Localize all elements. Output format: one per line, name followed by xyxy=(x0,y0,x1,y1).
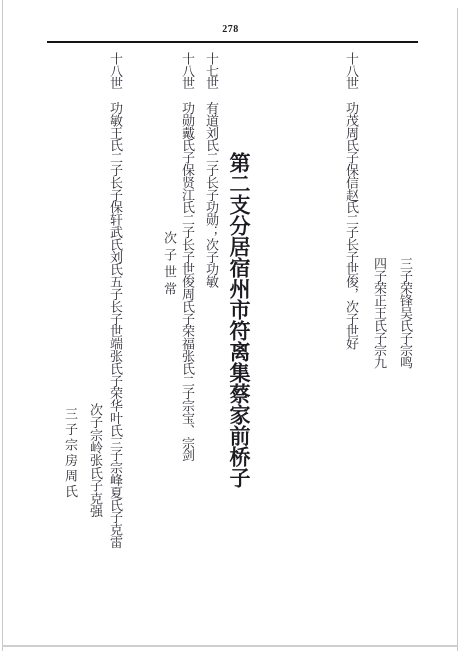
entry-third-son-rongfeng: 三子荣锋吴氏子宗鸣 xyxy=(396,257,415,369)
scan-edge-right xyxy=(457,8,458,651)
scan-edge-bottom xyxy=(2,645,458,647)
entry-gen17-youdao: 十七世 有道刘氏二子长子功勋；次子功敏 xyxy=(202,52,221,288)
page-number: 278 xyxy=(0,24,461,35)
entry-gen18-gongmao: 十八世 功茂周氏子保信赵氏二子长子世俊，次子世好 xyxy=(342,52,361,350)
entry-fourth-son-rongzheng: 四子荣正王氏子宗九 xyxy=(370,257,389,369)
section-title: 第二支分居宿州市符离集蔡家前桥子 xyxy=(224,152,254,488)
entry-third-son-zongfang: 三子宗房周氏 xyxy=(61,407,80,500)
header-rule xyxy=(47,41,418,43)
entry-second-son-zongling: 次子宗岭张氏子克强 xyxy=(86,403,105,517)
entry-second-son-shichang: 次子世常 xyxy=(160,231,179,299)
entry-gen18-gongmin: 十八世 功敏王氏二子长子保轩武氏刘氏五子长子世端张氏子荣华叶氏三子宗峰夏氏子克雷 xyxy=(106,52,125,548)
scan-edge-left xyxy=(2,0,3,651)
entry-gen18-gongxun: 十八世 功勋戴氏子保贤江氏二子长子世俊周氏子荣福张氏二子宗宝、宗剑 xyxy=(178,52,197,461)
scanned-genealogy-page: 278 三子荣锋吴氏子宗鸣 四子荣正王氏子宗九 十八世 功茂周氏子保信赵氏二子长… xyxy=(0,0,461,651)
